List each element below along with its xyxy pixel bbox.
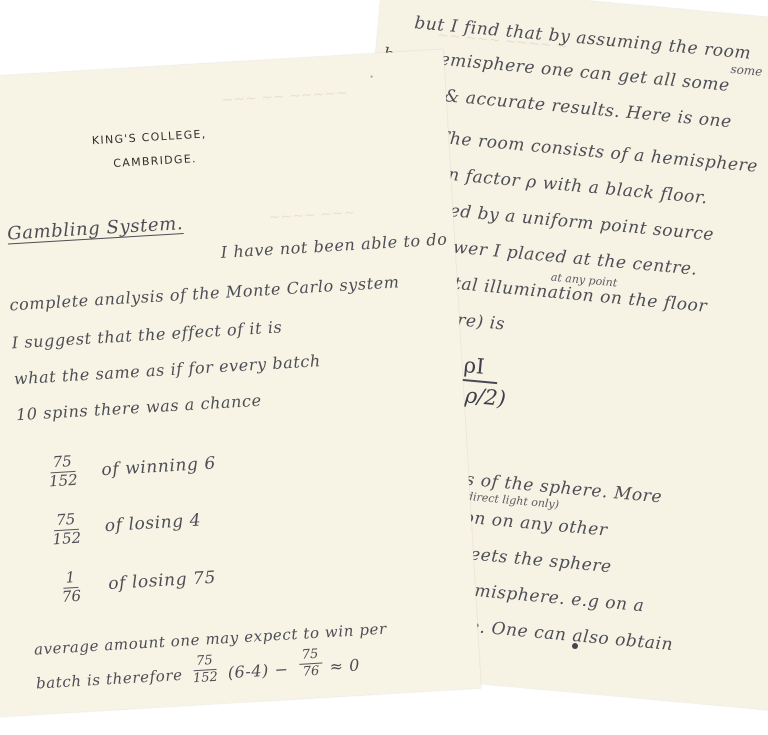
outcome-2-text: of losing 4 (104, 510, 201, 536)
outcome-2-fraction: 75 152 (48, 511, 85, 547)
equation-middle: (6-4) − (227, 660, 289, 683)
letterhead-college: KING'S COLLEGE, (92, 127, 207, 147)
letterhead-city: CAMBRIDGE. (113, 152, 197, 170)
outcome-3-fraction: 1 76 (57, 570, 84, 606)
letter-heading: Gambling System. (7, 213, 184, 244)
equation-result: ≈ 0 (329, 655, 361, 676)
left-line-4: what the same as if for every batch (13, 351, 321, 388)
ink-dot (572, 643, 578, 649)
paper-speck (371, 76, 373, 78)
left-line-3: I suggest that the effect of it is (11, 317, 283, 352)
left-line-2: complete analysis of the Monte Carlo sys… (9, 272, 400, 314)
equation-fraction-2: 75 76 (298, 648, 322, 680)
bleed-through-text: ~~~~ ~~~ (268, 205, 355, 226)
left-closing-line-2: batch is therefore (36, 666, 184, 693)
left-line-1: I have not been able to do (220, 229, 448, 261)
equation-fraction-1: 75 152 (189, 654, 222, 686)
bleed-through-text: ~~~ ~~ ~~~~~ (221, 85, 348, 108)
insert-some: some (730, 62, 763, 79)
outcome-3-text: of losing 75 (108, 568, 217, 594)
outcome-1-fraction: 75 152 (45, 454, 82, 490)
outcome-1-text: of winning 6 (101, 454, 217, 481)
left-line-5: 10 spins there was a chance (16, 391, 263, 425)
letter-page-left: ~~~ ~~ ~~~~~ ~~~~ ~~~ KING'S COLLEGE, CA… (0, 49, 481, 717)
